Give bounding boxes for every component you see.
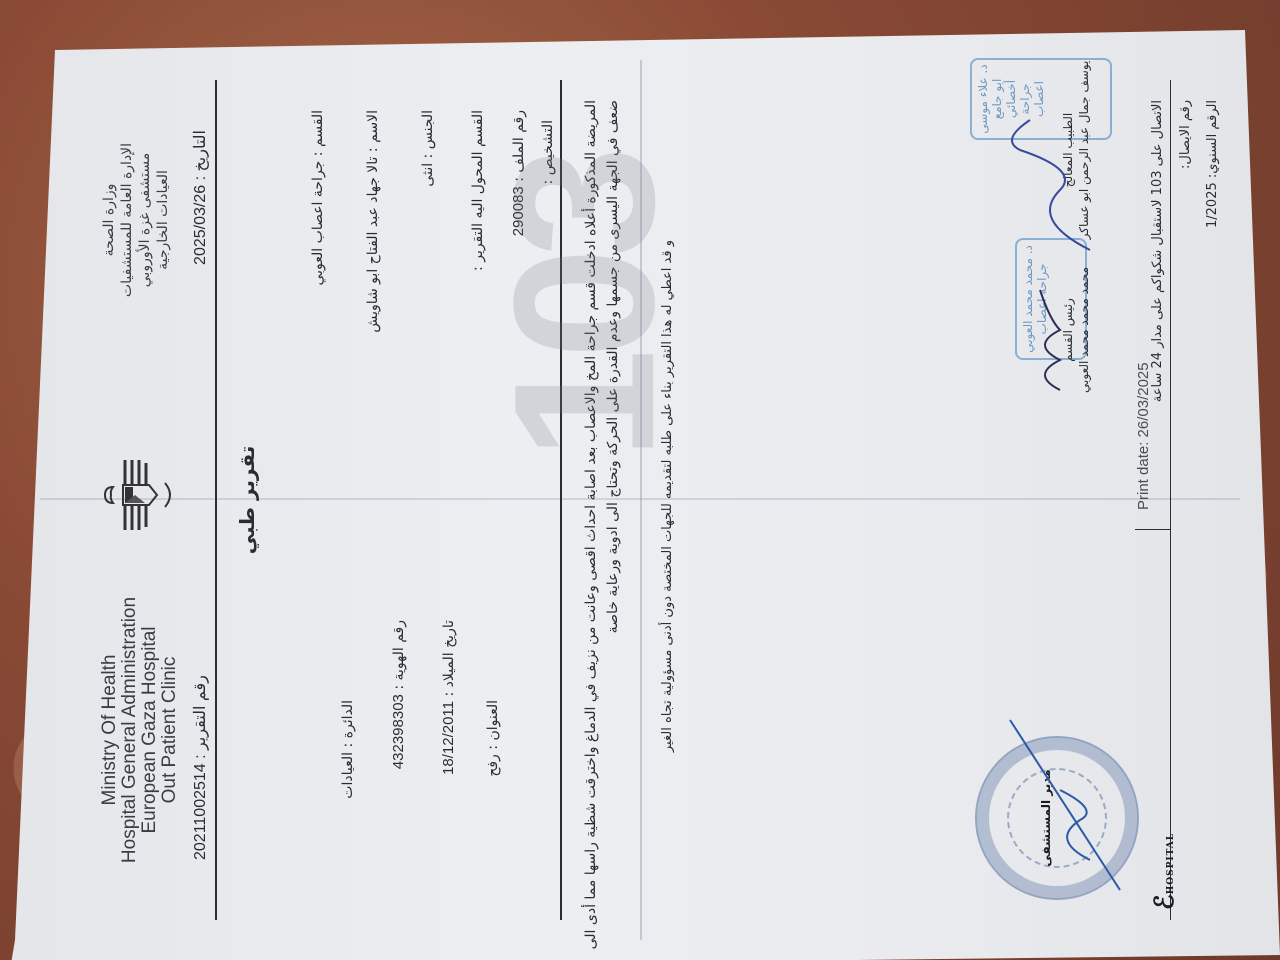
ministry-line-ar: وزارة الصحة [100,90,118,350]
report-date: التاريخ : 2025/03/26 [190,130,210,265]
header-arabic: وزارة الصحة الإدارة العامة للمستشفيات مس… [100,90,172,350]
footer-divider [1170,80,1171,920]
doctor-signature-scribble [1000,100,1110,260]
name-field: الاسم : تالا جهاد عبد الفتاح ابو شاويش [365,110,381,333]
head-signature-scribble [1020,280,1080,400]
gender-field: الجنس : انثى [420,110,436,187]
header-divider [215,80,217,920]
disclaimer-text: و قد اعطي له هذا التقرير بناء على طلبه ل… [660,240,675,752]
report-title: تقرير طبي [235,60,259,940]
administration-line-ar: الإدارة العامة للمستشفيات [118,90,136,350]
birthdate-field: تاريخ الميلاد : 18/12/2011 [440,620,457,775]
id-field: رقم الهوية : 432398303 [390,620,407,769]
administration-line: Hospital General Administration [120,520,140,940]
circuit-field: الدائرة : العيادات [340,700,356,799]
report-number: رقم التقرير : 20211002514 [190,675,210,860]
receipt-number-label: رقم الايصال: [1178,100,1193,169]
header-english: Ministry Of Health Hospital General Admi… [100,520,180,940]
clinic-line: Out Patient Clinic [160,520,180,940]
hospital-line-ar: مستشفى غزة الأوروبي [136,90,154,350]
director-signature-scribble [1000,700,1130,900]
annual-number: الرقم السنوي: 1/2025 [1205,100,1220,228]
ministry-line: Ministry Of Health [100,520,120,940]
fold-crease [40,498,1240,500]
department-field: القسم : جراحة اعصاب العوبي [310,110,326,286]
palestine-eagle-emblem-icon [95,455,185,535]
hospital-line: European Gaza Hospital [140,520,160,940]
complaints-contact: الاتصال على 103 لاستقبال شكواكم على مدار… [1150,100,1165,402]
medical-report-page: Ministry Of Health Hospital General Admi… [40,60,1240,940]
clinic-line-ar: العيادات الخارجية [154,90,172,350]
footer-separator [1135,529,1170,530]
egh-hospital-logo: ℰHOSPITAL [1150,833,1180,910]
address-field: العنوان : رفح [485,700,501,777]
